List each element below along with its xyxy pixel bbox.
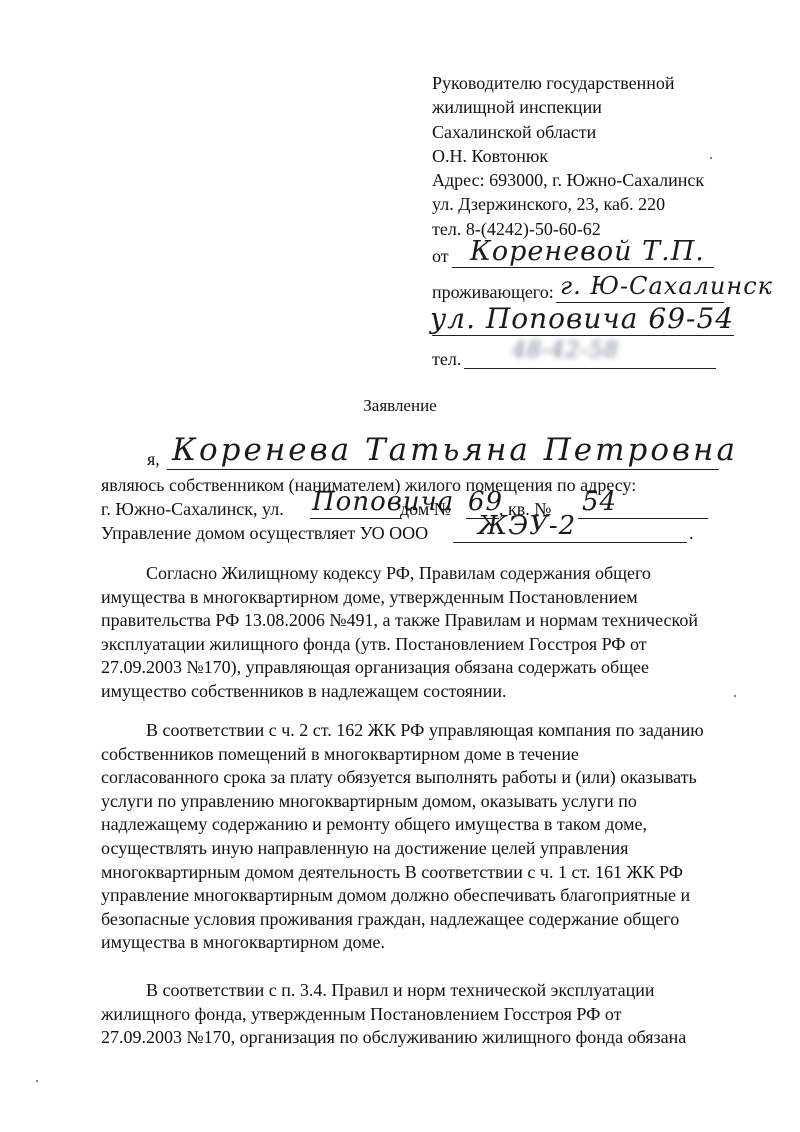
scan-speck [734, 695, 736, 697]
residing-handwritten-value-1: г. Ю-Сахалинск [560, 272, 773, 300]
scan-speck [710, 157, 712, 159]
scan-speck [36, 1080, 38, 1082]
paragraph-line: правительства РФ 13.08.2006 №491, а такж… [101, 609, 741, 633]
paragraph-line: жилищного фонда, утвержденным Постановле… [101, 1003, 741, 1027]
residing-label: проживающего: [432, 282, 554, 303]
apartment-handwritten-value: 54 [582, 487, 617, 517]
paragraph-line: имущества в многоквартирном доме. [101, 931, 741, 955]
recipient-address-line: Адрес: 693000, г. Южно-Сахалинск [432, 168, 792, 192]
paragraph-line: осуществлять иную направленную на достиж… [101, 837, 741, 861]
paragraph-2: В соответствии с ч. 2 ст. 162 ЖК РФ упра… [101, 719, 741, 955]
document-page: Руководителю государственной жилищной ин… [0, 0, 800, 1132]
phone-handwritten-value-redacted: 48-42-58 [512, 338, 619, 363]
paragraph-line: собственников помещений в многоквартирно… [101, 743, 741, 767]
from-label: от [432, 246, 449, 267]
paragraph-line: В соответствии с ч. 2 ст. 162 ЖК РФ упра… [101, 719, 741, 743]
recipient-line: жилищной инспекции [432, 95, 792, 119]
recipient-block: Руководителю государственной жилищной ин… [432, 71, 792, 241]
document-title: Заявление [0, 396, 800, 416]
paragraph-line: услуги по управлению многоквартирным дом… [101, 790, 741, 814]
management-label: Управление домом осуществляет УО ООО [101, 523, 428, 544]
phone-label: тел. [432, 349, 461, 370]
paragraph-line: В соответствии с п. 3.4. Правил и норм т… [101, 979, 741, 1003]
management-handwritten-value: ЖЭУ-2 [478, 511, 576, 541]
paragraph-line: эксплуатации жилищного фонда (утв. Поста… [101, 633, 741, 657]
applicant-prefix: я, [147, 449, 160, 470]
paragraph-line: 27.09.2003 №170, организация по обслужив… [101, 1026, 741, 1050]
residing-handwritten-value-2: ул. Поповича 69-54 [430, 302, 734, 335]
paragraph-line: имущества в многоквартирном доме, утверж… [101, 586, 741, 610]
recipient-line: Руководителю государственной [432, 71, 792, 95]
paragraph-line: согласованного срока за плату обязуется … [101, 766, 741, 790]
recipient-street-line: ул. Дзержинского, 23, каб. 220 [432, 192, 792, 216]
paragraph-line: надлежащему содержанию и ремонту общего … [101, 813, 741, 837]
paragraph-line: управление многоквартирным домом должно … [101, 884, 741, 908]
paragraph-line: имущество собственников в надлежащем сос… [101, 680, 741, 704]
paragraph-line: многоквартирным домом деятельность В соо… [101, 861, 741, 885]
paragraph-1: Согласно Жилищному кодексу РФ, Правилам … [101, 562, 741, 704]
paragraph-3: В соответствии с п. 3.4. Правил и норм т… [101, 979, 741, 1050]
paragraph-line: 27.09.2003 №170), управляющая организаци… [101, 656, 741, 680]
management-end-punctuation: . [689, 523, 694, 544]
house-label: дом № [400, 499, 451, 520]
recipient-line: Сахалинской области [432, 120, 792, 144]
paragraph-line: Согласно Жилищному кодексу РФ, Правилам … [101, 562, 741, 586]
paragraph-line: безопасные условия проживания граждан, н… [101, 908, 741, 932]
from-handwritten-value: Кореневой Т.П. [470, 236, 705, 267]
recipient-line: О.Н. Ковтонюк [432, 144, 792, 168]
applicant-name-handwritten: Коренева Татьяна Петровна [172, 432, 738, 468]
address-city-label: г. Южно-Сахалинск, ул. [101, 499, 284, 520]
